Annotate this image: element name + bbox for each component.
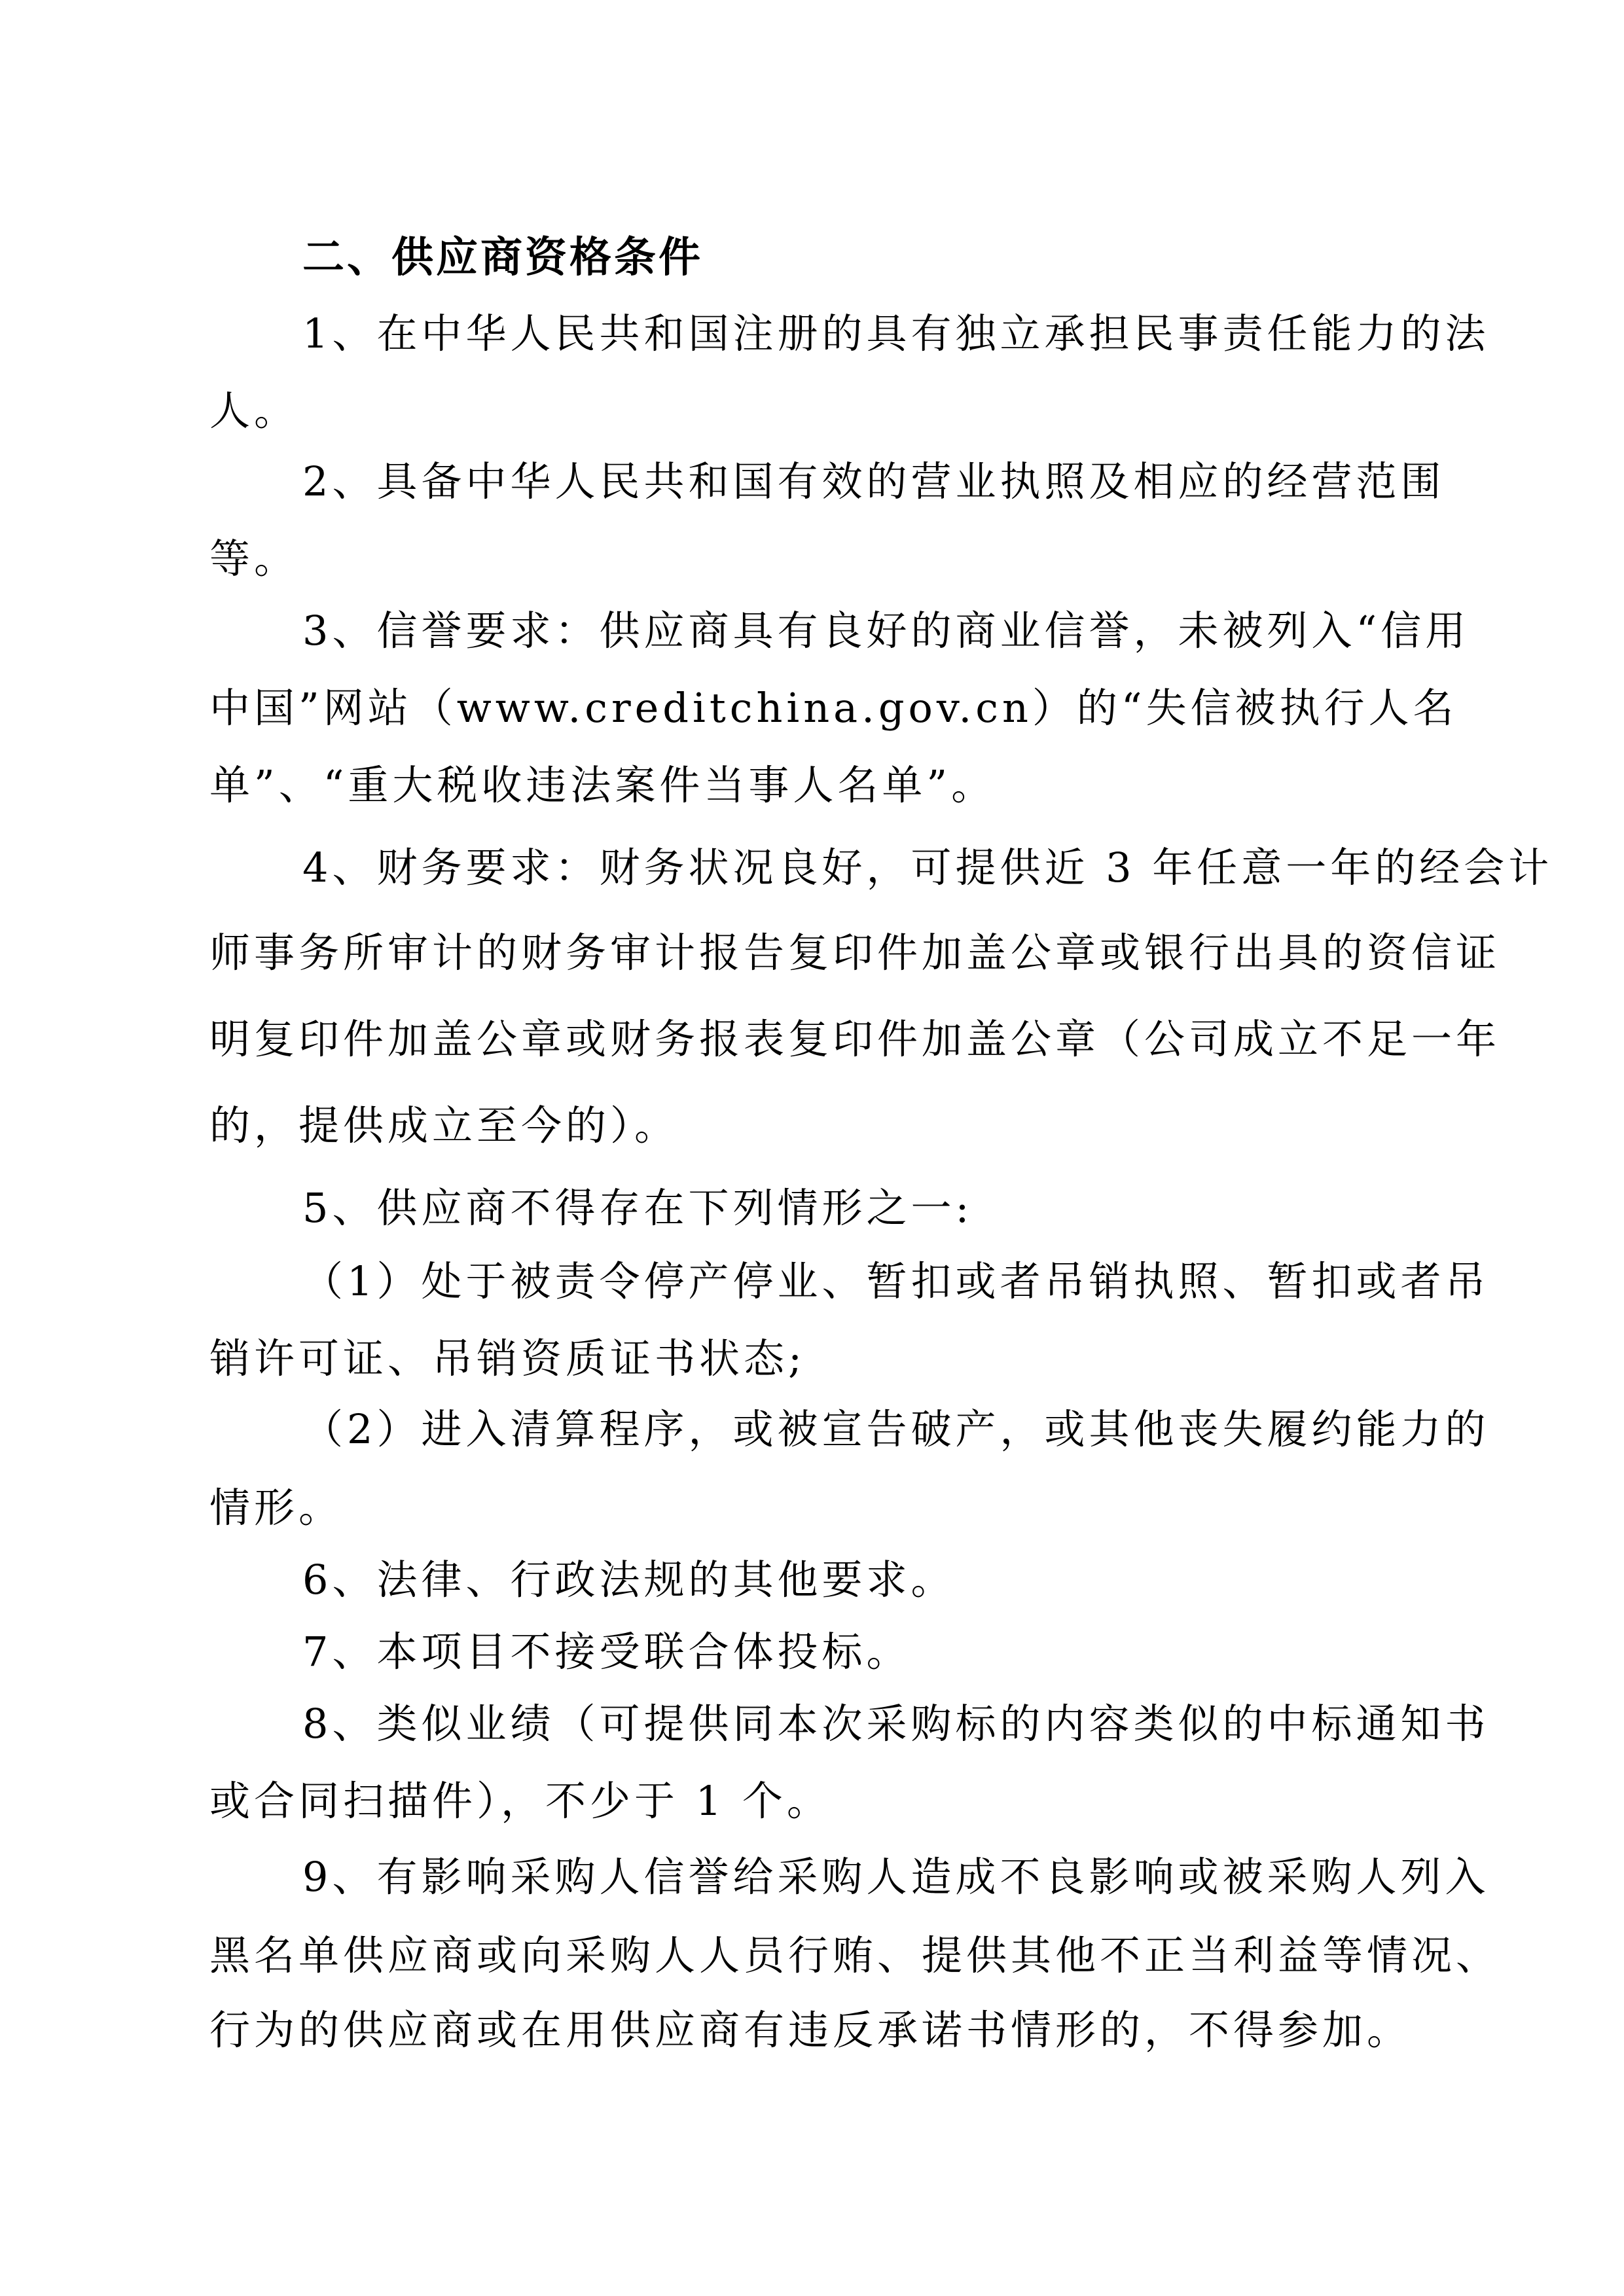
item-1-line-2: 人。 <box>209 387 298 435</box>
item-5-sub-1-line-1: （1）处于被责令停产停业、暂扣或者吊销执照、暂扣或者吊 <box>302 1258 1489 1305</box>
item-6-line-1: 6、法律、行政法规的其他要求。 <box>302 1556 955 1604</box>
item-5-sub-2-line-2: 情形。 <box>209 1484 343 1532</box>
item-3-line-1: 3、信誉要求：供应商具有良好的商业信誉，未被列入“信用 <box>302 607 1470 655</box>
item-9-line-2: 黑名单供应商或向采购人人员行贿、提供其他不正当利益等情况、 <box>209 1932 1500 1979</box>
item-7-line-1: 7、本项目不接受联合体投标。 <box>302 1628 911 1676</box>
item-9-line-3: 行为的供应商或在用供应商有违反承诺书情形的，不得参加。 <box>209 2007 1411 2054</box>
item-5-sub-1-line-2: 销许可证、吊销资质证书状态; <box>209 1335 806 1382</box>
item-8-line-2: 或合同扫描件），不少于 1 个。 <box>209 1778 831 1825</box>
item-2-line-1: 2、具备中华人民共和国有效的营业执照及相应的经营范围 <box>302 458 1445 505</box>
item-5-sub-2-line-1: （2）进入清算程序，或被宣告破产，或其他丧失履约能力的 <box>302 1406 1489 1453</box>
section-heading: 二、供应商资格条件 <box>302 234 703 281</box>
item-4-line-1: 4、财务要求：财务状况良好，可提供近 3 年任意一年的经会计 <box>302 844 1553 891</box>
item-8-line-1: 8、类似业绩（可提供同本次采购标的内容类似的中标通知书 <box>302 1700 1489 1748</box>
item-9-line-1: 9、有影响采购人信誉给采购人造成不良影响或被采购人列入 <box>302 1854 1489 1901</box>
item-1-line-1: 1、在中华人民共和国注册的具有独立承担民事责任能力的法 <box>302 310 1489 357</box>
item-2-line-2: 等。 <box>209 535 298 583</box>
item-3-line-3: 单”、“重大税收违法案件当事人名单”。 <box>209 762 996 809</box>
document-page: 二、供应商资格条件 1、在中华人民共和国注册的具有独立承担民事责任能力的法 人。… <box>0 0 1624 2296</box>
item-4-line-2: 师事务所审计的财务审计报告复印件加盖公章或银行出具的资信证 <box>209 929 1500 977</box>
item-4-line-3: 明复印件加盖公章或财务报表复印件加盖公章（公司成立不足一年 <box>209 1016 1500 1063</box>
item-5-line-1: 5、供应商不得存在下列情形之一: <box>302 1185 973 1232</box>
item-4-line-4: 的，提供成立至今的）。 <box>209 1102 679 1149</box>
item-3-line-2: 中国”网站（www.creditchina.gov.cn）的“失信被执行人名 <box>209 685 1458 732</box>
